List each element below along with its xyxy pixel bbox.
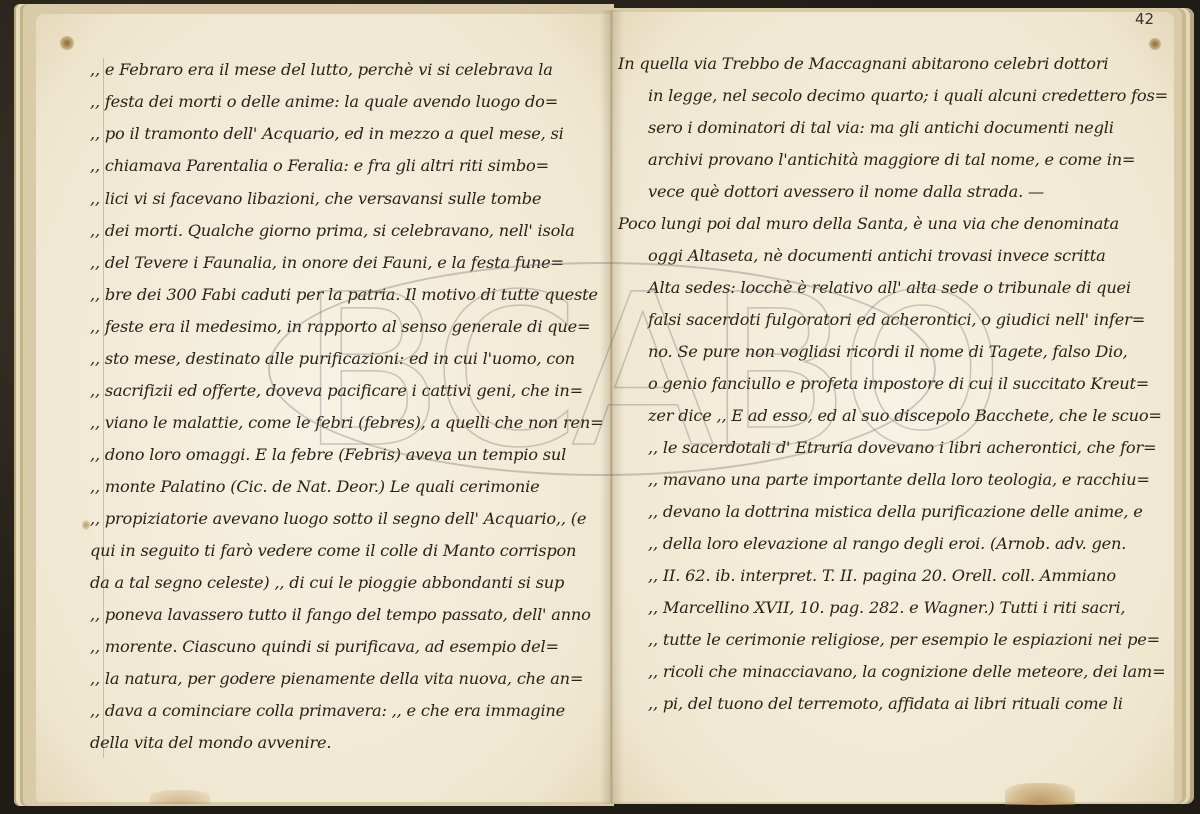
text-line: ,, propiziatorie avevano luogo sotto il … — [90, 507, 586, 531]
text-line: oggi Altaseta, nè documenti antichi trov… — [648, 244, 1106, 268]
text-line: ,, Marcellino XVII, 10. pag. 282. e Wagn… — [648, 596, 1125, 620]
text-line: ,, pi, del tuono del terremoto, affidata… — [648, 692, 1123, 716]
book-gutter — [600, 10, 624, 804]
text-line: ,, ricoli che minacciavano, la cognizion… — [648, 660, 1165, 684]
text-line: ,, festa dei morti o delle anime: la qua… — [90, 90, 558, 114]
text-line: ,, poneva lavassero tutto il fango del t… — [90, 603, 591, 627]
text-line: ,, tutte le cerimonie religiose, per ese… — [648, 628, 1160, 652]
ink-stain-left — [60, 36, 74, 50]
text-line: ,, II. 62. ib. interpret. T. II. pagina … — [648, 564, 1116, 588]
text-line: da a tal segno celeste) ,, di cui le pio… — [90, 571, 564, 595]
text-line: ,, della loro elevazione al rango degli … — [648, 532, 1126, 556]
text-line: ,, e Febraro era il mese del lutto, perc… — [90, 58, 553, 82]
text-line: zer dice ,, E ad esso, ed al suo discepo… — [648, 404, 1162, 428]
text-line: ,, chiamava Parentalia o Feralia: e fra … — [90, 154, 549, 178]
text-line: sero i dominatori di tal via: ma gli ant… — [648, 116, 1114, 140]
text-line: qui in seguito ti farò vedere come il co… — [90, 539, 576, 563]
text-line: ,, viano le malattie, come le febri (feb… — [90, 411, 603, 435]
text-line: ,, sacrifizii ed offerte, doveva pacific… — [90, 379, 583, 403]
page-number: 42 — [1135, 10, 1154, 28]
text-line: ,, le sacerdotali d' Etruria dovevano i … — [648, 436, 1156, 460]
text-line: ,, po il tramonto dell' Acquario, ed in … — [90, 122, 564, 146]
text-line: ,, lici vi si facevano libazioni, che ve… — [90, 187, 541, 211]
text-line: falsi sacerdoti fulgoratori ed acheronti… — [648, 308, 1145, 332]
text-line: ,, sto mese, destinato alle purificazion… — [90, 347, 575, 371]
water-stain-bottom-left — [150, 790, 210, 804]
text-line: ,, dava a cominciare colla primavera: ,,… — [90, 699, 565, 723]
text-line: vece què dottori avessero il nome dalla … — [648, 180, 1044, 204]
text-line: ,, la natura, per godere pienamente dell… — [90, 667, 583, 691]
text-line: Alta sedes: locchè è relativo all' alta … — [648, 276, 1131, 300]
text-line: ,, mavano una parte importante della lor… — [648, 468, 1150, 492]
text-line: ,, morente. Ciascuno quindi si purificav… — [90, 635, 559, 659]
text-line: no. Se pure non vogliasi ricordi il nome… — [648, 340, 1128, 364]
text-line: ,, bre dei 300 Fabi caduti per la patria… — [90, 283, 598, 307]
text-line: Poco lungi poi dal muro della Santa, è u… — [618, 212, 1119, 236]
text-line: in legge, nel secolo decimo quarto; i qu… — [648, 84, 1168, 108]
text-line: ,, del Tevere i Faunalia, in onore dei F… — [90, 251, 564, 275]
ink-stain-right — [1149, 38, 1161, 50]
text-line: archivi provano l'antichità maggiore di … — [648, 148, 1135, 172]
water-stain-bottom-right — [1005, 783, 1075, 805]
text-line: della vita del mondo avvenire. — [90, 731, 331, 755]
text-line: ,, feste era il medesimo, in rapporto al… — [90, 315, 590, 339]
text-line: o genio fanciullo e profeta impostore di… — [648, 372, 1149, 396]
text-line: ,, monte Palatino (Cic. de Nat. Deor.) L… — [90, 475, 539, 499]
ink-stain-left-mid — [82, 520, 90, 530]
text-line: ,, dono loro omaggi. E la febre (Febris)… — [90, 443, 566, 467]
text-line: ,, devano la dottrina mistica della puri… — [648, 500, 1143, 524]
text-line: ,, dei morti. Qualche giorno prima, si c… — [90, 219, 575, 243]
text-line: In quella via Trebbo de Maccagnani abita… — [618, 52, 1108, 76]
